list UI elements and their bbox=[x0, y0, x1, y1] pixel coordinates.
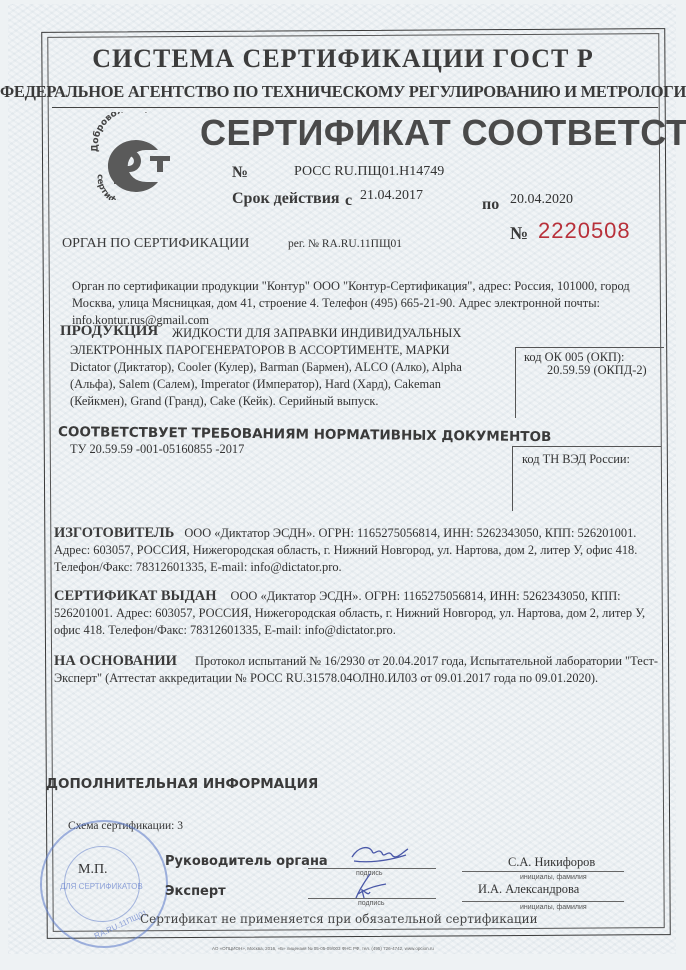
certification-body-reg: рег. № RA.RU.11ПЩ01 bbox=[288, 238, 402, 250]
expert-signature bbox=[350, 872, 390, 900]
expert-name: И.А. Александрова bbox=[478, 882, 579, 897]
manufacturer-label: ИЗГОТОВИТЕЛЬ bbox=[54, 525, 174, 541]
certificate-number: РОСС RU.ПЩ01.Н14749 bbox=[294, 164, 444, 180]
basis-section: НА ОСНОВАНИИПротокол испытаний № 16/2930… bbox=[54, 653, 660, 687]
expert-label: Эксперт bbox=[165, 884, 226, 899]
head-name-caption: инициалы, фамилия bbox=[520, 874, 587, 881]
expert-signature-caption: подпись bbox=[358, 900, 384, 907]
issued-to-section: СЕРТИФИКАТ ВЫДАНООО «Диктатор ЭСДН». ОГР… bbox=[54, 588, 660, 639]
agency-title: ФЕДЕРАЛЬНОЕ АГЕНТСТВО ПО ТЕХНИЧЕСКОМУ РЕ… bbox=[0, 82, 686, 102]
product-label: ПРОДУКЦИЯ bbox=[60, 323, 158, 340]
okp-value: 20.59.59 (ОКПД-2) bbox=[547, 363, 647, 378]
certificate-title: СЕРТИФИКАТ СООТВЕТСТВИЯ bbox=[200, 112, 686, 154]
certification-body-text: Орган по сертификации продукции "Контур"… bbox=[72, 278, 657, 329]
certification-body-label: ОРГАН ПО СЕРТИФИКАЦИИ bbox=[62, 236, 249, 252]
product-line1: ЖИДКОСТИ ДЛЯ ЗАПРАВКИ ИНДИВИДУАЛЬНЫХ bbox=[172, 326, 461, 341]
rst-mark-icon: Добровольная сертификация bbox=[84, 112, 184, 200]
head-signature bbox=[348, 843, 412, 867]
seal-label: М.П. bbox=[78, 862, 108, 878]
additional-info-label: ДОПОЛНИТЕЛЬНАЯ ИНФОРМАЦИЯ bbox=[46, 776, 318, 792]
rst-logo: Добровольная сертификация bbox=[84, 112, 184, 200]
basis-label: НА ОСНОВАНИИ bbox=[54, 653, 177, 669]
expert-name-caption: инициалы, фамилия bbox=[520, 904, 587, 911]
manufacturer-section: ИЗГОТОВИТЕЛЬООО «Диктатор ЭСДН». ОГРН: 1… bbox=[54, 525, 660, 576]
valid-from-label: с bbox=[345, 192, 352, 210]
okp-label: код ОК 005 (ОКП): bbox=[524, 350, 624, 364]
product-description: ЭЛЕКТРОННЫХ ПАРОГЕНЕРАТОРОВ В АССОРТИМЕН… bbox=[70, 342, 476, 410]
printer-info: АО «ОПЦИОН», Москва, 2016, «Б» лицензия … bbox=[212, 946, 434, 951]
stamp-inner-text: ДЛЯ СЕРТИФИКАТОВ bbox=[60, 882, 143, 891]
head-name-line bbox=[462, 871, 624, 872]
number-label: № bbox=[232, 164, 248, 182]
form-number: 2220508 bbox=[538, 218, 631, 244]
valid-from: 21.04.2017 bbox=[360, 188, 423, 204]
head-name: С.А. Никифоров bbox=[508, 855, 595, 870]
footer-note: Сертификат не применяется при обязательн… bbox=[140, 912, 538, 926]
compliance-document: ТУ 20.59.59 -001-05160855 -2017 bbox=[70, 442, 244, 457]
tnved-label: код ТН ВЭД России: bbox=[522, 452, 630, 467]
form-number-label: № bbox=[510, 223, 528, 244]
head-label: Руководитель органа bbox=[165, 854, 328, 869]
validity-label: Срок действия bbox=[232, 190, 340, 208]
head-signature-line bbox=[308, 868, 436, 869]
header-divider bbox=[52, 107, 658, 108]
issued-to-label: СЕРТИФИКАТ ВЫДАН bbox=[54, 588, 217, 604]
expert-name-line bbox=[462, 901, 624, 902]
system-title: СИСТЕМА СЕРТИФИКАЦИИ ГОСТ Р bbox=[0, 44, 686, 74]
valid-to: 20.04.2020 bbox=[510, 192, 573, 208]
valid-to-label: по bbox=[482, 196, 499, 214]
